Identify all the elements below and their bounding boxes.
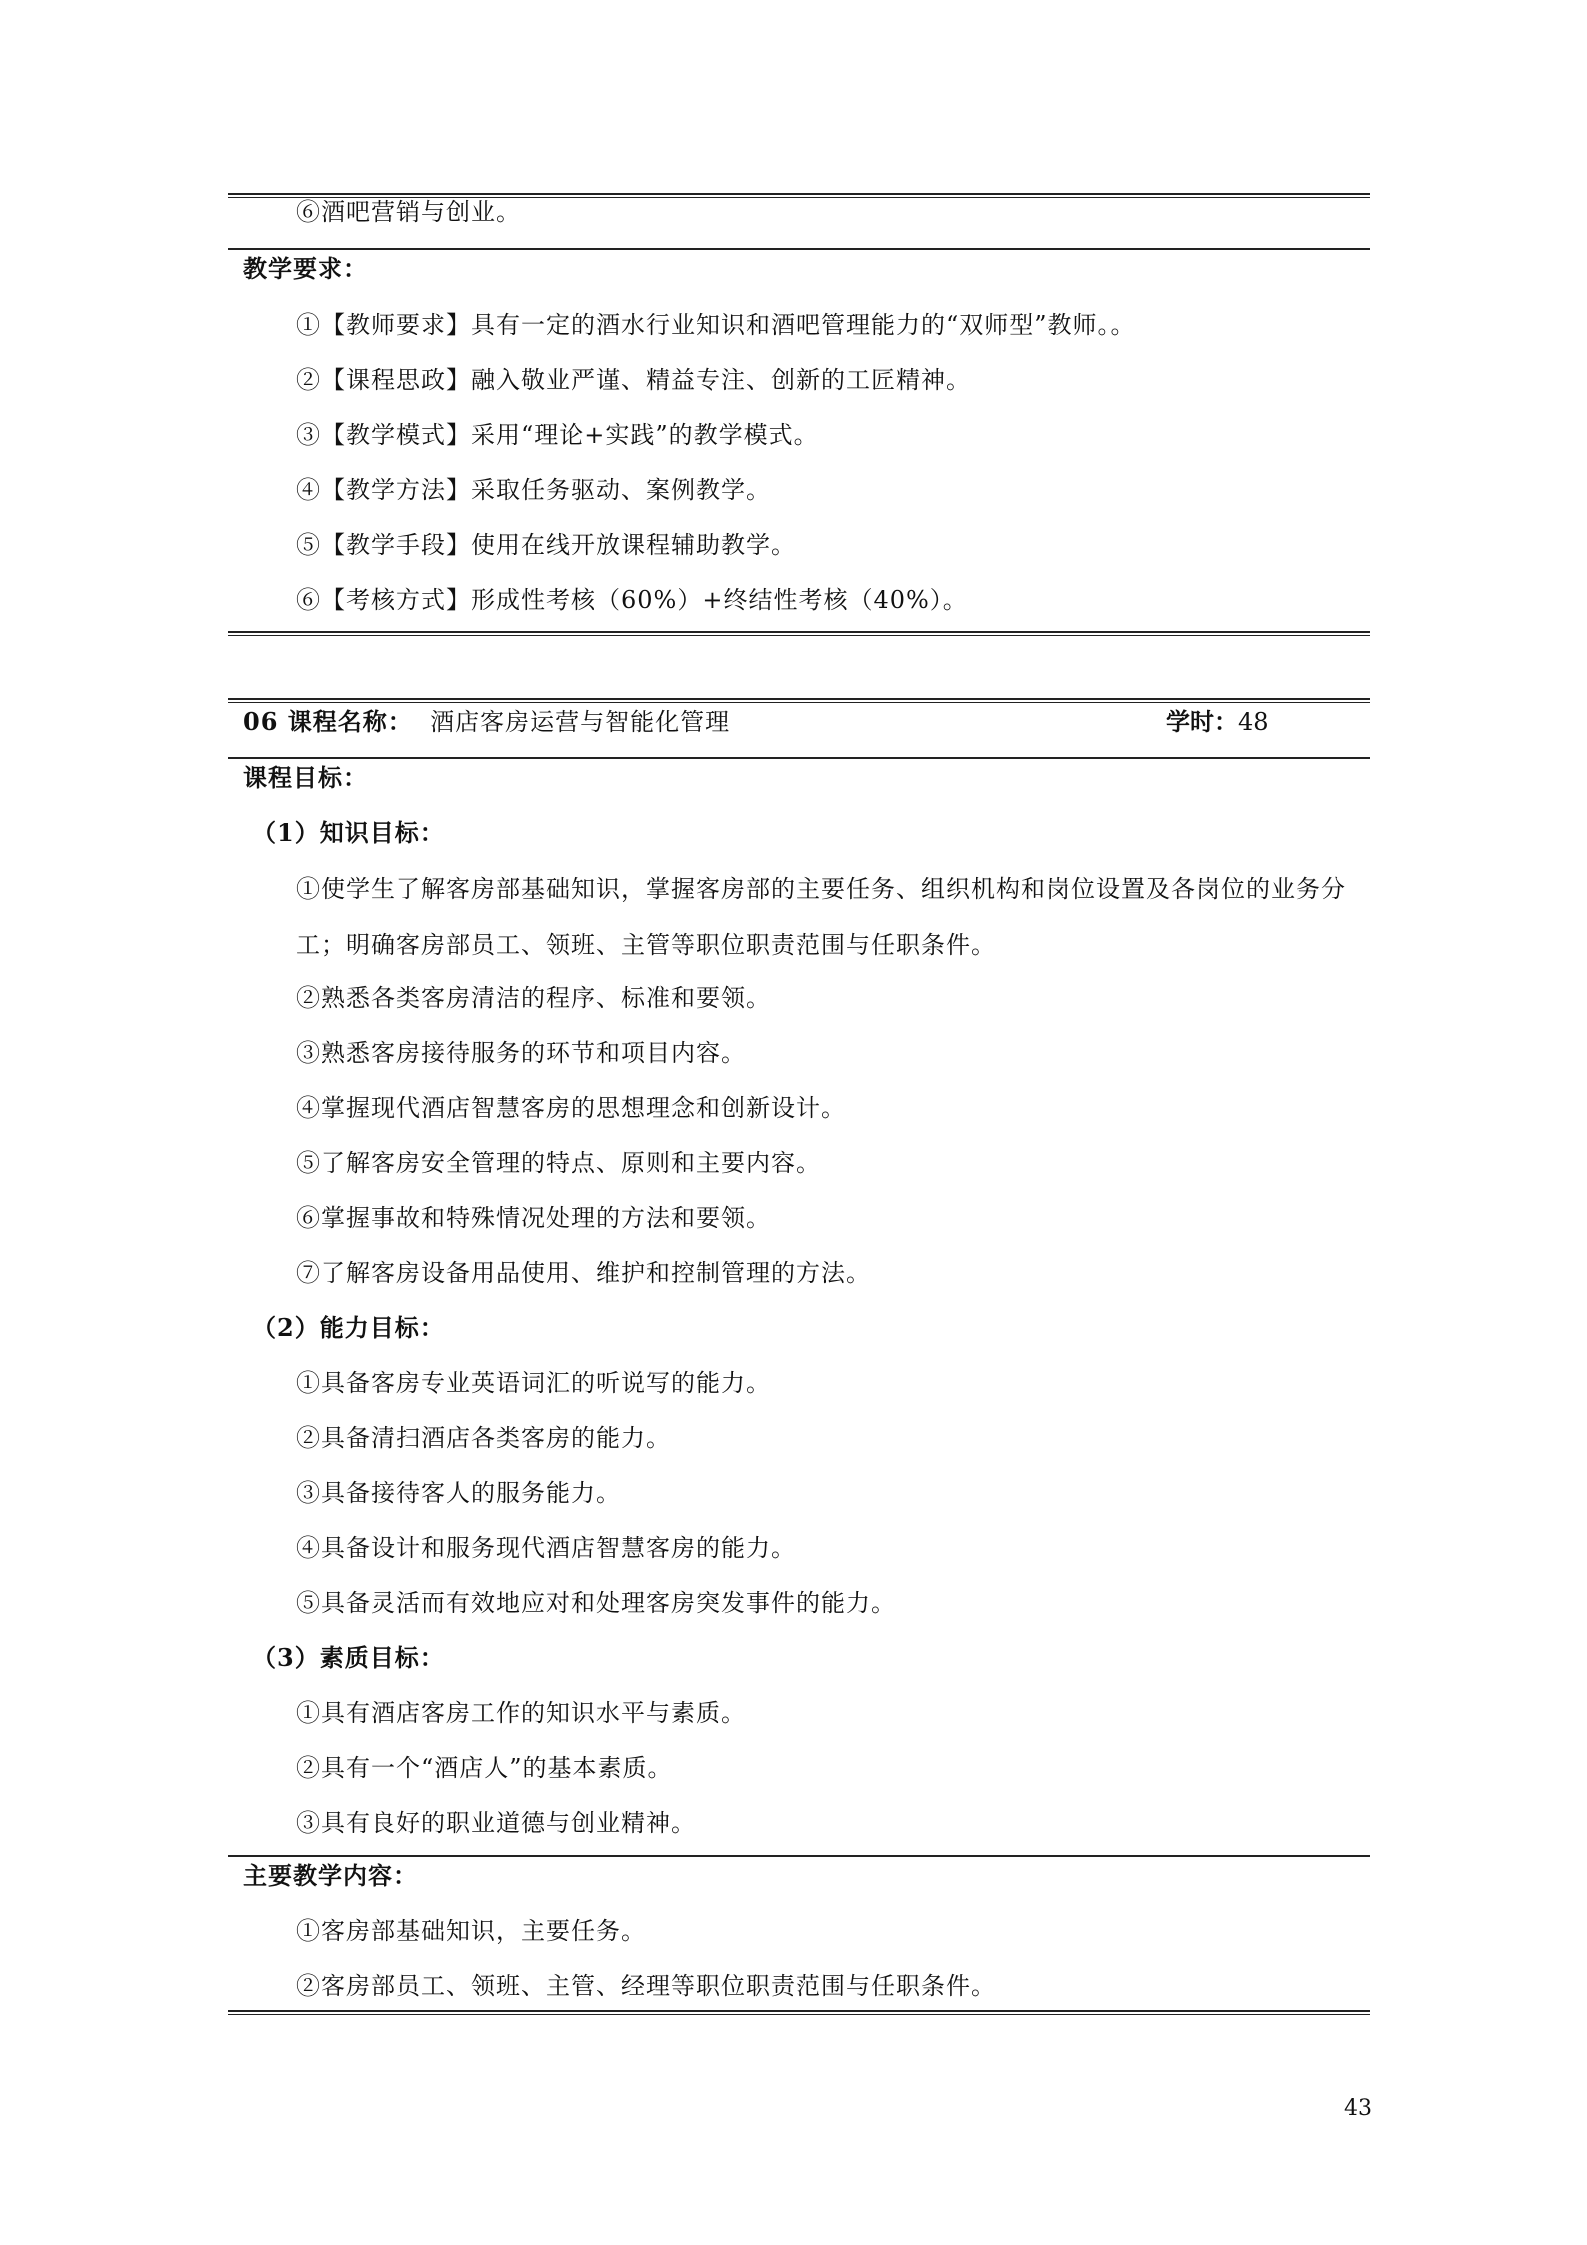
knowledge-item: ⑦了解客房设备用品使用、维护和控制管理的方法。	[296, 1258, 871, 1288]
knowledge-item: ⑤了解客房安全管理的特点、原则和主要内容。	[296, 1148, 821, 1178]
section-heading-content: 主要教学内容：	[243, 1861, 418, 1891]
course-hours: 学时：48	[1166, 707, 1269, 737]
table-bottom-border	[228, 631, 1370, 636]
section-heading-teaching-requirements: 教学要求：	[243, 254, 368, 284]
quality-item: ③具有良好的职业道德与创业精神。	[296, 1808, 696, 1838]
row-divider	[228, 248, 1370, 250]
content-item: ⑥酒吧营销与创业。	[296, 197, 521, 227]
hours-label: 学时：	[1166, 707, 1238, 736]
content-item: ①客房部基础知识，主要任务。	[296, 1916, 646, 1946]
course-title-row: 06 课程名称： 酒店客房运营与智能化管理	[243, 707, 730, 737]
ability-item: ⑤具备灵活而有效地应对和处理客房突发事件的能力。	[296, 1588, 896, 1618]
requirement-item: ④【教学方法】采取任务驱动、案例教学。	[296, 475, 771, 505]
row-divider	[228, 1855, 1370, 1857]
knowledge-item: ⑥掌握事故和特殊情况处理的方法和要领。	[296, 1203, 771, 1233]
table-bottom-border	[228, 2010, 1370, 2015]
knowledge-item: ④掌握现代酒店智慧客房的思想理念和创新设计。	[296, 1093, 846, 1123]
subheading-knowledge: （1）知识目标：	[252, 818, 445, 848]
quality-item: ②具有一个“酒店人”的基本素质。	[296, 1753, 673, 1783]
ability-item: ④具备设计和服务现代酒店智慧客房的能力。	[296, 1533, 796, 1563]
ability-item: ②具备清扫酒店各类客房的能力。	[296, 1423, 671, 1453]
ability-item: ③具备接待客人的服务能力。	[296, 1478, 621, 1508]
requirement-item: ③【教学模式】采用“理论+实践”的教学模式。	[296, 420, 819, 450]
hours-value: 48	[1238, 708, 1269, 736]
requirement-item: ⑤【教学手段】使用在线开放课程辅助教学。	[296, 530, 796, 560]
knowledge-item: ①使学生了解客房部基础知识，掌握客房部的主要任务、组织机构和岗位设置及各岗位的业…	[296, 861, 1356, 973]
requirement-item: ①【教师要求】具有一定的酒水行业知识和酒吧管理能力的“双师型”教师。。	[296, 310, 1136, 340]
quality-item: ①具有酒店客房工作的知识水平与素质。	[296, 1698, 746, 1728]
knowledge-item: ③熟悉客房接待服务的环节和项目内容。	[296, 1038, 746, 1068]
subheading-quality: （3）素质目标：	[252, 1643, 445, 1673]
table-top-border	[228, 698, 1370, 703]
page-number: 43	[1344, 2096, 1372, 2121]
requirement-item: ⑥【考核方式】形成性考核（60%）+终结性考核（40%）。	[296, 585, 968, 615]
row-divider	[228, 757, 1370, 759]
course-number-label: 06 课程名称：	[243, 707, 413, 736]
requirement-item: ②【课程思政】融入敬业严谨、精益专注、创新的工匠精神。	[296, 365, 971, 395]
course-name: 酒店客房运营与智能化管理	[430, 708, 730, 736]
ability-item: ①具备客房专业英语词汇的听说写的能力。	[296, 1368, 771, 1398]
content-item: ②客房部员工、领班、主管、经理等职位职责范围与任职条件。	[296, 1971, 996, 2001]
subheading-ability: （2）能力目标：	[252, 1313, 445, 1343]
section-heading-goals: 课程目标：	[243, 763, 368, 793]
knowledge-item: ②熟悉各类客房清洁的程序、标准和要领。	[296, 983, 771, 1013]
